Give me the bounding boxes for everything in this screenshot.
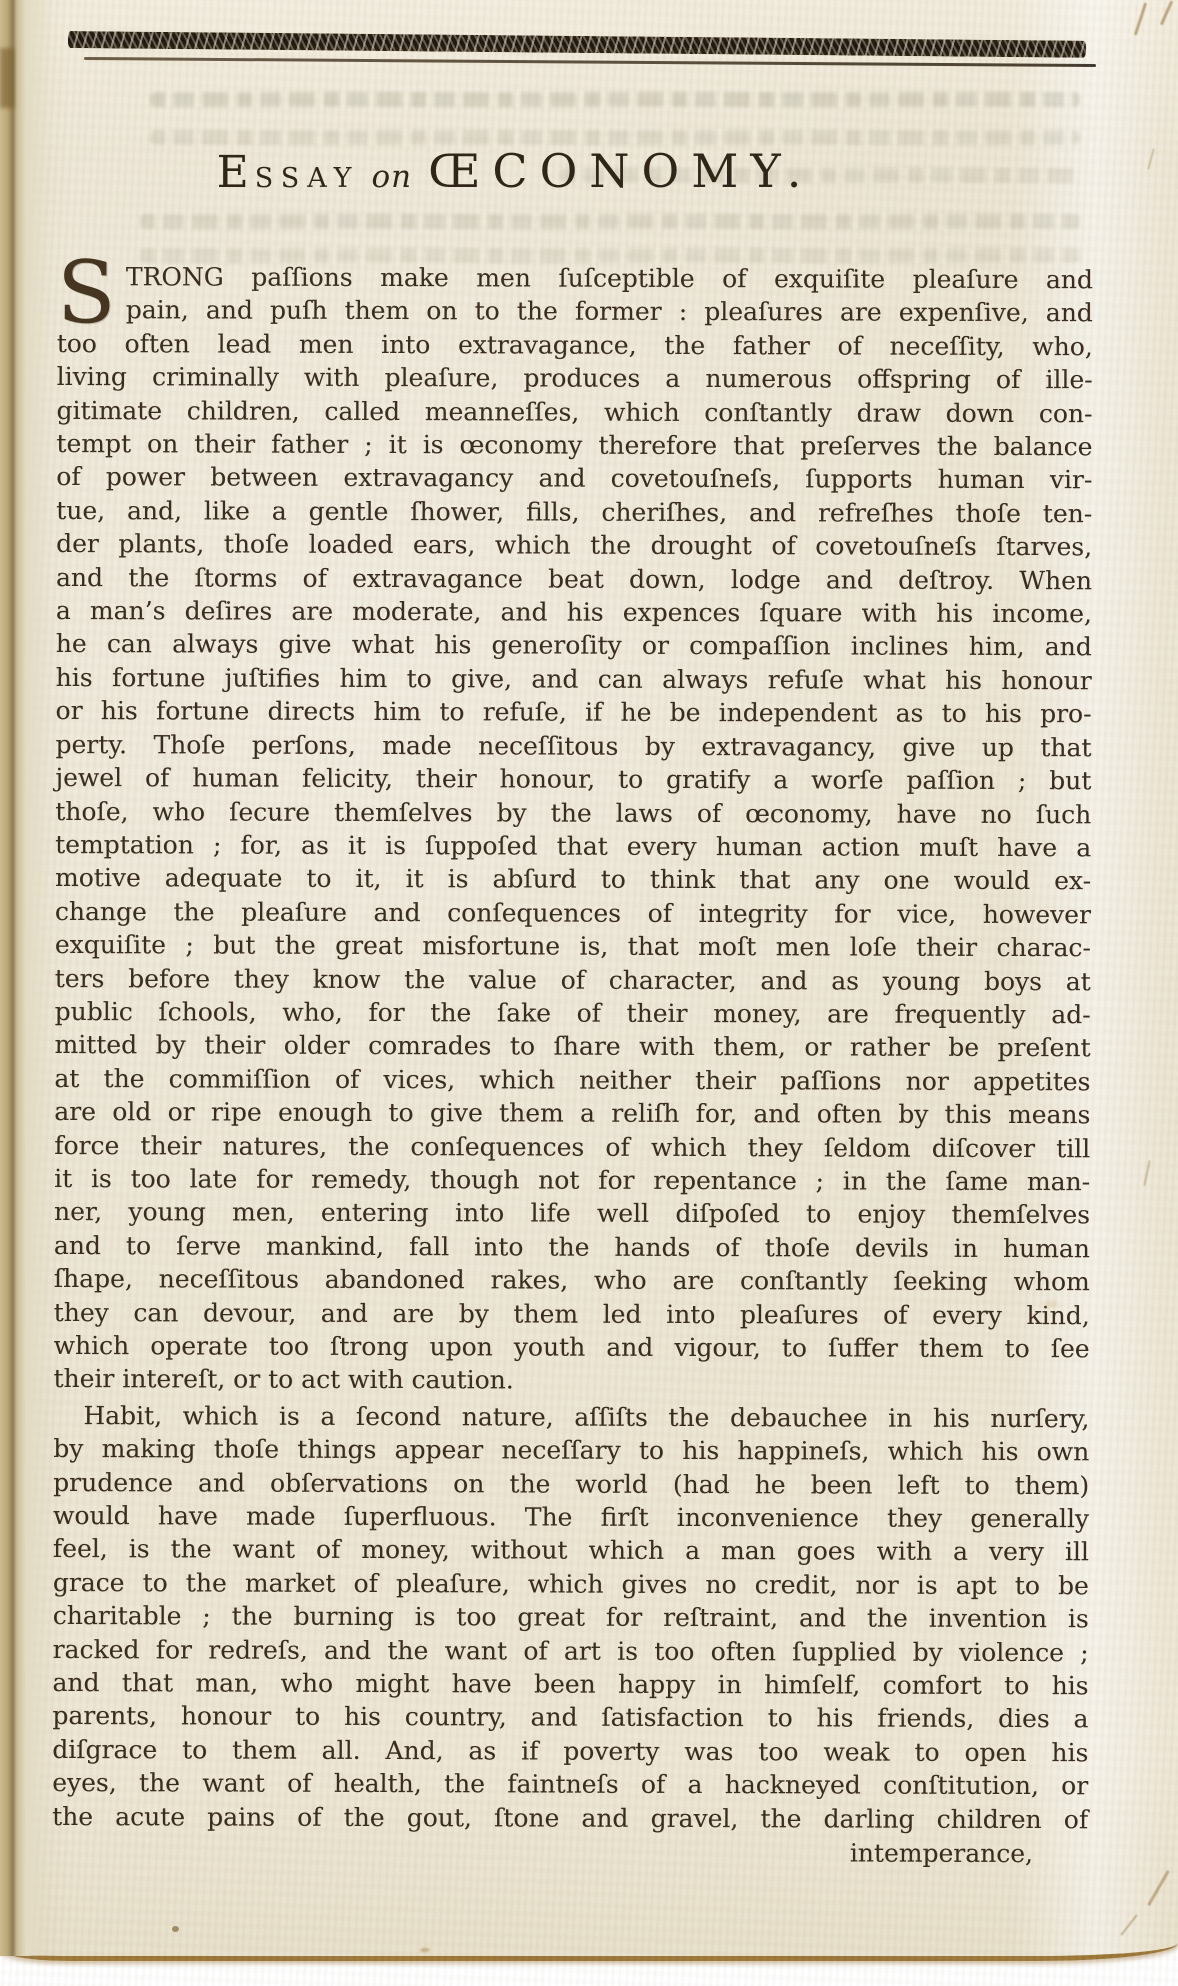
text-line: the acute pains of the gout, ſtone and g…: [52, 1800, 1088, 1837]
paragraph: Habit, which is a ſecond nature, aſſiſts…: [52, 1399, 1089, 1837]
text-line: parents, honour to his country, and ſati…: [52, 1699, 1088, 1736]
paragraph: STRONG paſſions make men ſuſceptible of …: [53, 260, 1093, 1399]
stain-spot: [172, 1926, 179, 1932]
text-line: which operate too ſtrong upon youth and …: [54, 1329, 1090, 1366]
text-line: TRONG paſſions make men ſuſceptible of e…: [57, 260, 1093, 297]
text-line: charitable ; the burning is too great fo…: [53, 1599, 1089, 1636]
binding-shadow: [0, 48, 14, 108]
essay-title: ESSAYonŒCONOMY.: [57, 144, 1093, 198]
text-line: they can devour, and are by them led int…: [54, 1296, 1090, 1333]
text-line: a man’s deſires are moderate, and his ex…: [56, 594, 1092, 631]
text-line: and to ſerve mankind, fall into the hand…: [54, 1229, 1090, 1266]
essay-body: STRONG paſſions make men ſuſceptible of …: [52, 260, 1093, 1871]
text-line: der plants, thoſe loaded ears, which the…: [56, 527, 1092, 564]
binding-edge: [0, 0, 52, 1956]
text-line: tempt on their father ; it is œconomy th…: [56, 427, 1092, 464]
text-line: or his fortune directs him to refuſe, if…: [56, 694, 1092, 731]
catchword: intemperance,: [52, 1834, 1088, 1871]
text-line: ner, young men, entering into life well …: [54, 1195, 1090, 1232]
text-line: his fortune juſtifies him to give, and c…: [56, 661, 1092, 698]
text-line: jewel of human felicity, their honour, t…: [55, 761, 1091, 798]
text-line: tue, and, like a gentle ſhower, fills, c…: [56, 494, 1092, 531]
text-line: and that man, who might have been happy …: [52, 1666, 1088, 1703]
text-line: it is too late for remedy, though not fo…: [54, 1162, 1090, 1199]
text-line: ſhape, neceſſitous abandoned rakes, who …: [54, 1262, 1090, 1299]
text-line: mitted by their older comrades to ſhare …: [54, 1028, 1090, 1065]
text-line: thoſe, who ſecure themſelves by the laws…: [55, 794, 1091, 831]
text-line: Habit, which is a ſecond nature, aſſiſts…: [53, 1399, 1089, 1436]
text-line: exquiſite ; but the great misfortune is,…: [55, 928, 1091, 965]
title-lead-cap: E: [217, 147, 255, 198]
drop-cap: S: [57, 263, 116, 326]
text-line: gitimate children, called meanneſſes, wh…: [56, 394, 1092, 431]
text-line: motive adequate to it, it is abſurd to t…: [55, 861, 1091, 898]
text-line: force their natures, the conſequences of…: [54, 1129, 1090, 1166]
text-line: of power between extravagancy and coveto…: [56, 460, 1092, 497]
text-line: racked for redreſs, and the want of art …: [53, 1633, 1089, 1670]
text-line: feel, is the want of money, without whic…: [53, 1532, 1089, 1569]
text-line: by making thoſe things appear neceſſary …: [53, 1432, 1089, 1469]
text-line: are old or ripe enough to give them a re…: [54, 1095, 1090, 1132]
title-small-caps: SSAY: [255, 163, 360, 194]
text-line: and the ſtorms of extravagance beat down…: [56, 561, 1092, 598]
text-line: diſgrace to them all. And, as if poverty…: [52, 1733, 1088, 1770]
showthrough-smudge: [150, 92, 1080, 107]
text-line: perty. Thoſe perſons, made neceſſitous b…: [55, 728, 1091, 765]
title-main-word: ŒCONOMY.: [428, 144, 813, 198]
text-line: too often lead men into extravagance, th…: [57, 327, 1093, 364]
showthrough-smudge: [150, 130, 1080, 145]
text-line: he can always give what his generoſity o…: [56, 627, 1092, 664]
title-conjunction: on: [371, 159, 412, 195]
text-line: ters before they know the value of chara…: [55, 962, 1091, 999]
text-line: their intereſt, or to act with caution.: [53, 1362, 1089, 1399]
text-line: living criminally with pleaſure, produce…: [57, 360, 1093, 397]
text-line: public ſchools, who, for the ſake of the…: [55, 995, 1091, 1032]
stain-spot: [1044, 1300, 1058, 1308]
showthrough-smudge: [140, 214, 1080, 229]
stain-spot: [420, 1948, 430, 1952]
text-line: prudence and obſervations on the world (…: [53, 1466, 1089, 1503]
book-page-scan: ESSAYonŒCONOMY. STRONG paſſions make men…: [0, 0, 1178, 1986]
text-line: would have made ſuperfluous. The firſt i…: [53, 1499, 1089, 1536]
text-line: change the pleaſure and conſequences of …: [55, 895, 1091, 932]
text-line: at the commiſſion of vices, which neithe…: [54, 1062, 1090, 1099]
text-line: grace to the market of pleaſure, which g…: [53, 1566, 1089, 1603]
text-line: eyes, the want of health, the faintneſs …: [52, 1766, 1088, 1803]
text-line: temptation ; for, as it is ſuppoſed that…: [55, 828, 1091, 865]
text-line: pain, and puſh them on to the former : p…: [57, 293, 1093, 330]
